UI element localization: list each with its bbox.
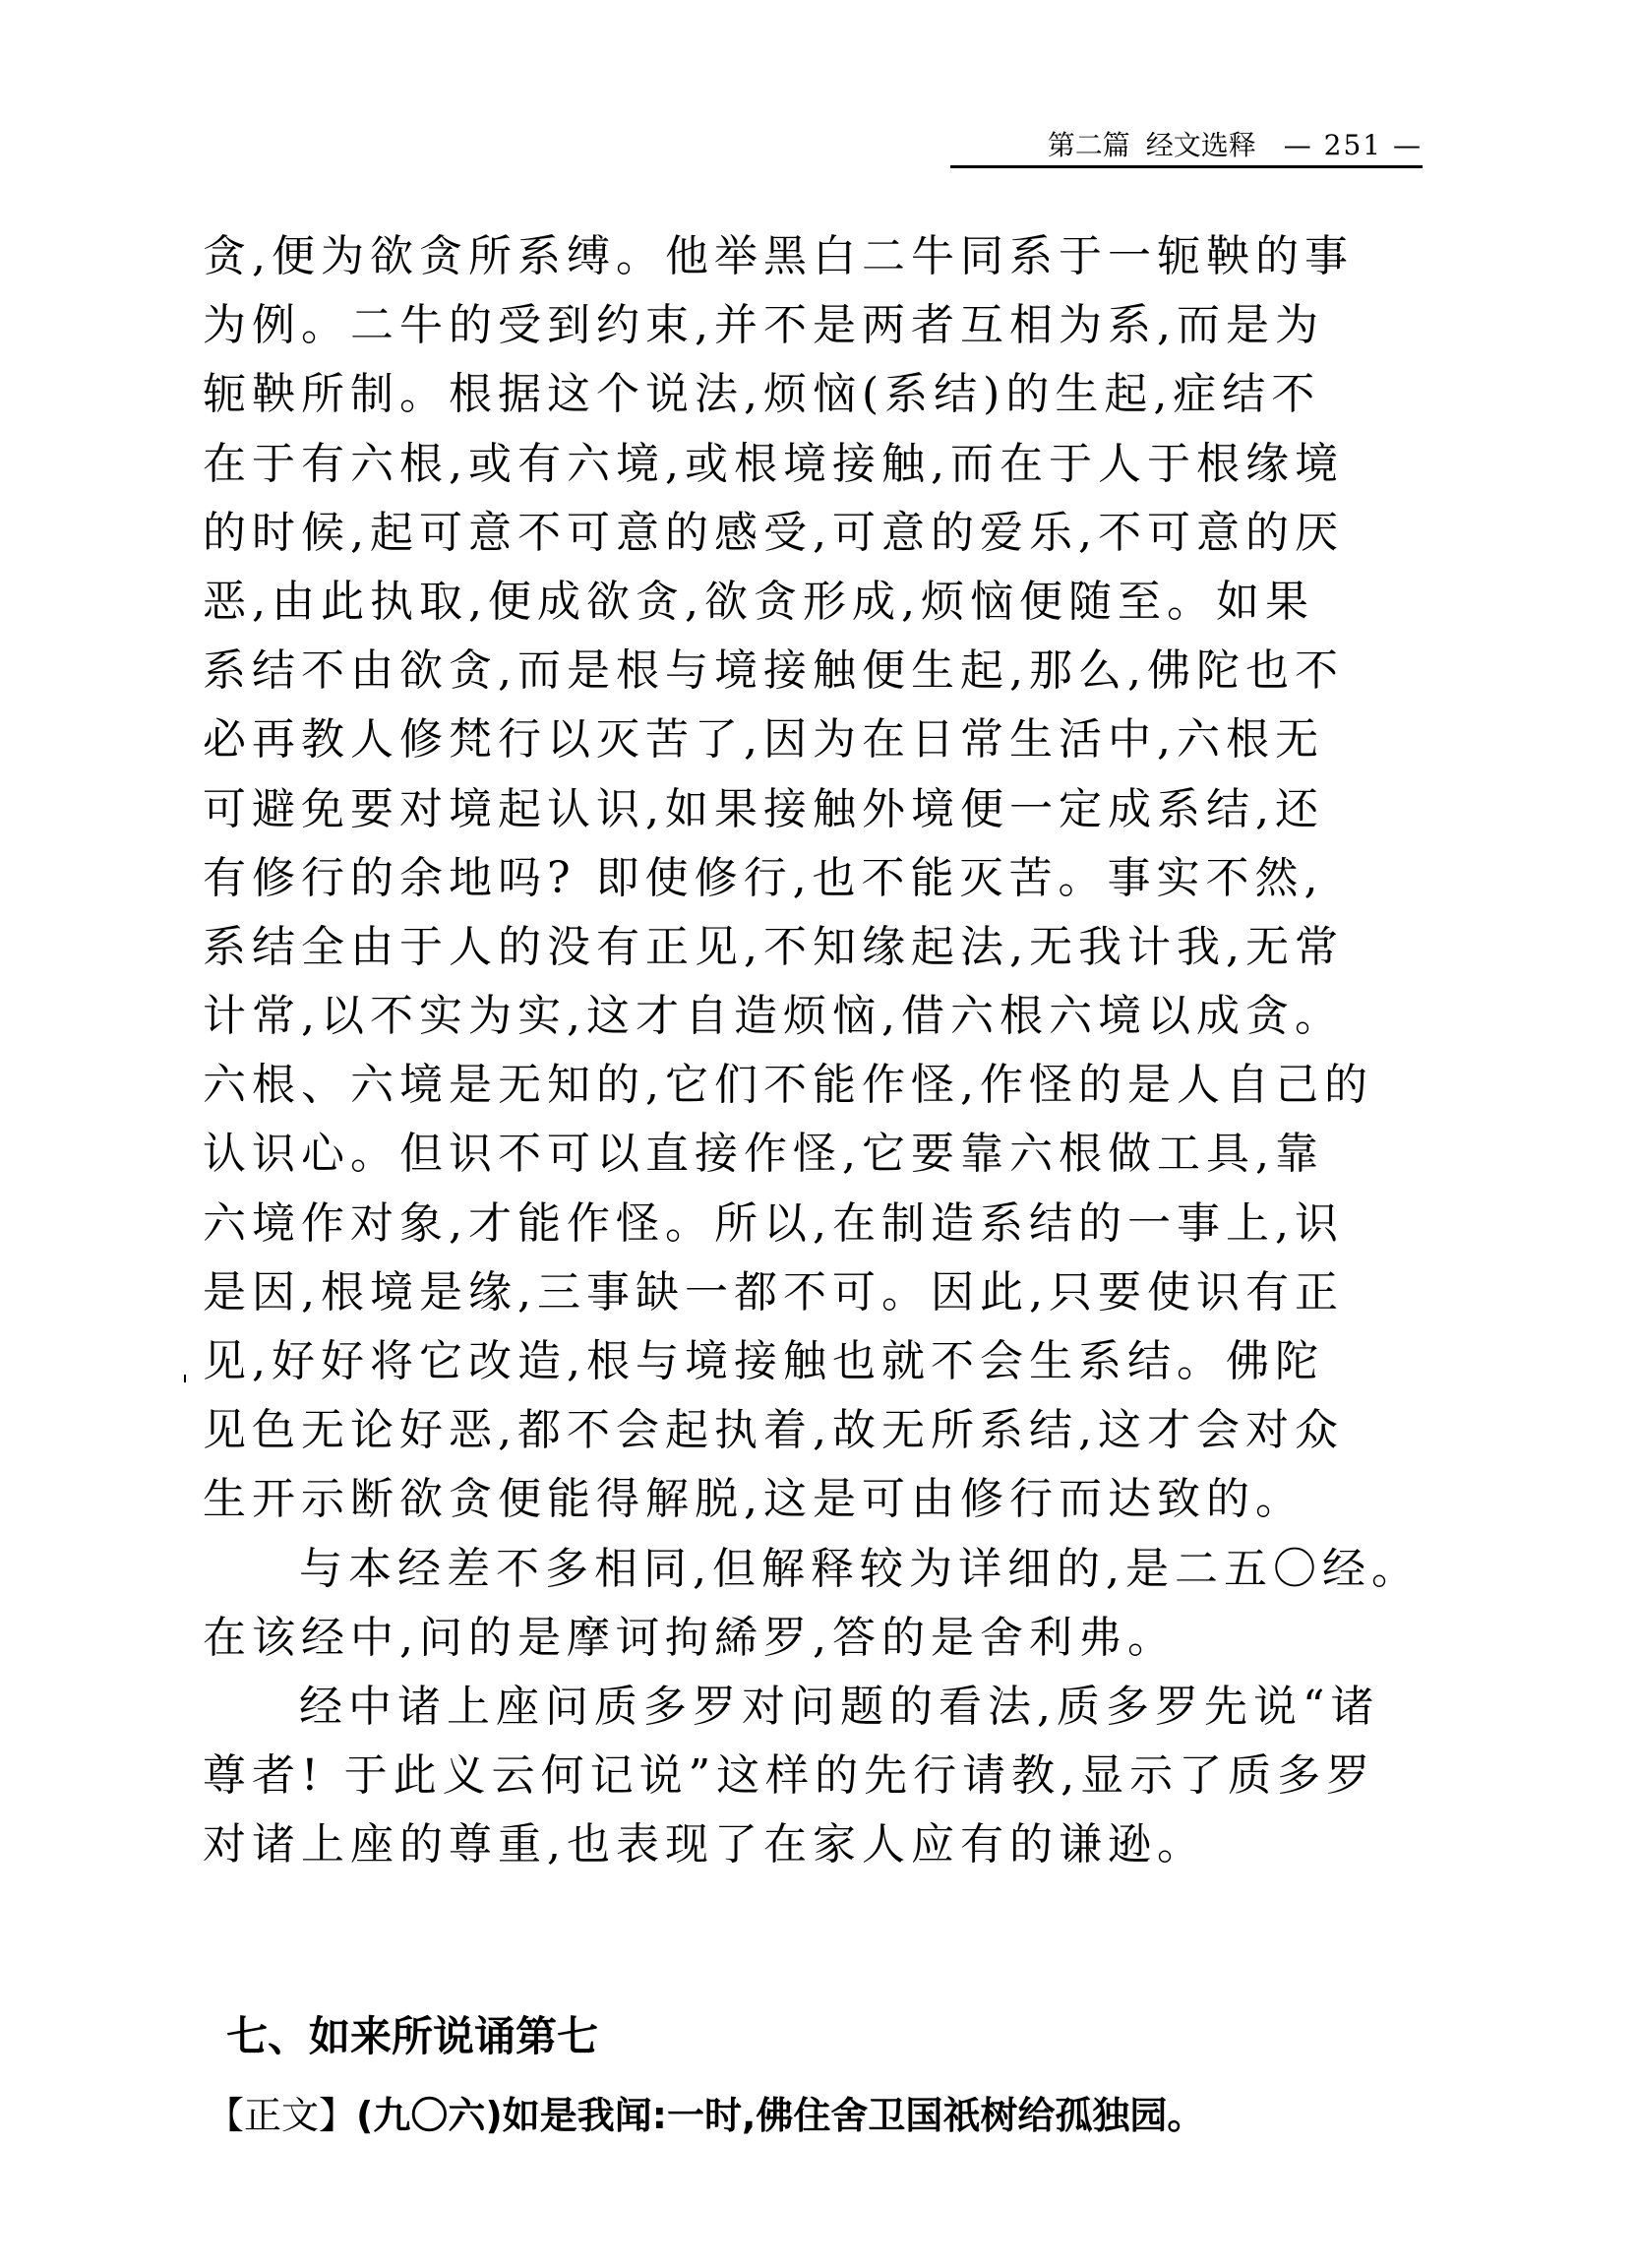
- text-line: 经中诸上座问质多罗对问题的看法,质多罗先说“诸: [203, 1673, 1430, 1742]
- text-line: 在该经中,问的是摩诃拘絺罗,答的是舍利弗。: [203, 1604, 1430, 1673]
- margin-speck: [184, 1375, 186, 1382]
- text-line: 认识心。但识不可以直接作怪,它要靠六根做工具,靠: [203, 1120, 1430, 1189]
- text-line: 为例。二牛的受到约束,并不是两者互相为系,而是为: [203, 291, 1430, 360]
- text-line: 与本经差不多相同,但解释较为详细的,是二五〇经。: [203, 1535, 1430, 1604]
- text-line: 恶,由此执取,便成欲贪,欲贪形成,烦恼便随至。如果: [203, 568, 1430, 637]
- scripture-label: 【正文】: [207, 2094, 356, 2137]
- header-part-label: 第二篇: [1048, 130, 1130, 161]
- text-line: 的时候,起可意不可意的感受,可意的爱乐,不可意的厌: [203, 499, 1430, 568]
- text-line: 轭鞅所制。根据这个说法,烦恼(系结)的生起,症结不: [203, 360, 1430, 429]
- text-line: 可避免要对境起认识,如果接触外境便一定成系结,还: [203, 775, 1430, 844]
- scripture-text-line: 【正文】(九〇六)如是我闻:一时,佛住舍卫国祇树给孤独园。: [207, 2091, 1204, 2140]
- paragraph-3: 经中诸上座问质多罗对问题的看法,质多罗先说“诸 尊者! 于此义云何记说”这样的先…: [203, 1673, 1430, 1880]
- text-line: 有修行的余地吗? 即使修行,也不能灭苦。事实不然,: [203, 844, 1430, 913]
- text-line: 必再教人修梵行以灭苦了,因为在日常生活中,六根无: [203, 705, 1430, 774]
- header-chapter-title: 经文选释: [1146, 130, 1256, 161]
- text-line: 系结不由欲贪,而是根与境接触便生起,那么,佛陀也不: [203, 637, 1430, 705]
- text-line: 见色无论好恶,都不会起执着,故无所系结,这才会对众: [203, 1396, 1430, 1465]
- scripture-text: (九〇六)如是我闻:一时,佛住舍卫国祇树给孤独园。: [356, 2094, 1204, 2137]
- text-line: 系结全由于人的没有正见,不知缘起法,无我计我,无常: [203, 913, 1430, 982]
- paragraph-1: 贪,便为欲贪所系缚。他举黑白二牛同系于一轭鞅的事 为例。二牛的受到约束,并不是两…: [203, 222, 1430, 1535]
- text-line: 尊者! 于此义云何记说”这样的先行请教,显示了质多罗: [203, 1742, 1430, 1810]
- section-heading: 七、如来所说诵第七: [226, 2012, 598, 2061]
- text-line: 贪,便为欲贪所系缚。他举黑白二牛同系于一轭鞅的事: [203, 222, 1430, 291]
- text-line: 是因,根境是缘,三事缺一都不可。因此,只要使识有正: [203, 1258, 1430, 1327]
- paragraph-2: 与本经差不多相同,但解释较为详细的,是二五〇经。 在该经中,问的是摩诃拘絺罗,答…: [203, 1535, 1430, 1673]
- running-header: 第二篇 经文选释 — 251 —: [950, 122, 1423, 168]
- text-line: 生开示断欲贪便能得解脱,这是可由修行而达致的。: [203, 1465, 1430, 1534]
- text-line: 六根、六境是无知的,它们不能作怪,作怪的是人自己的: [203, 1051, 1430, 1120]
- text-line: 在于有六根,或有六境,或根境接触,而在于人于根缘境: [203, 430, 1430, 499]
- text-line: 见,好好将它改造,根与境接触也就不会生系结。佛陀: [203, 1327, 1430, 1396]
- page-number: — 251 —: [1284, 130, 1423, 161]
- text-line: 计常,以不实为实,这才自造烦恼,借六根六境以成贪。: [203, 982, 1430, 1051]
- body-text: 贪,便为欲贪所系缚。他举黑白二牛同系于一轭鞅的事 为例。二牛的受到约束,并不是两…: [203, 222, 1430, 1880]
- text-line: 对诸上座的尊重,也表现了在家人应有的谦逊。: [203, 1810, 1430, 1879]
- text-line: 六境作对象,才能作怪。所以,在制造系结的一事上,识: [203, 1190, 1430, 1258]
